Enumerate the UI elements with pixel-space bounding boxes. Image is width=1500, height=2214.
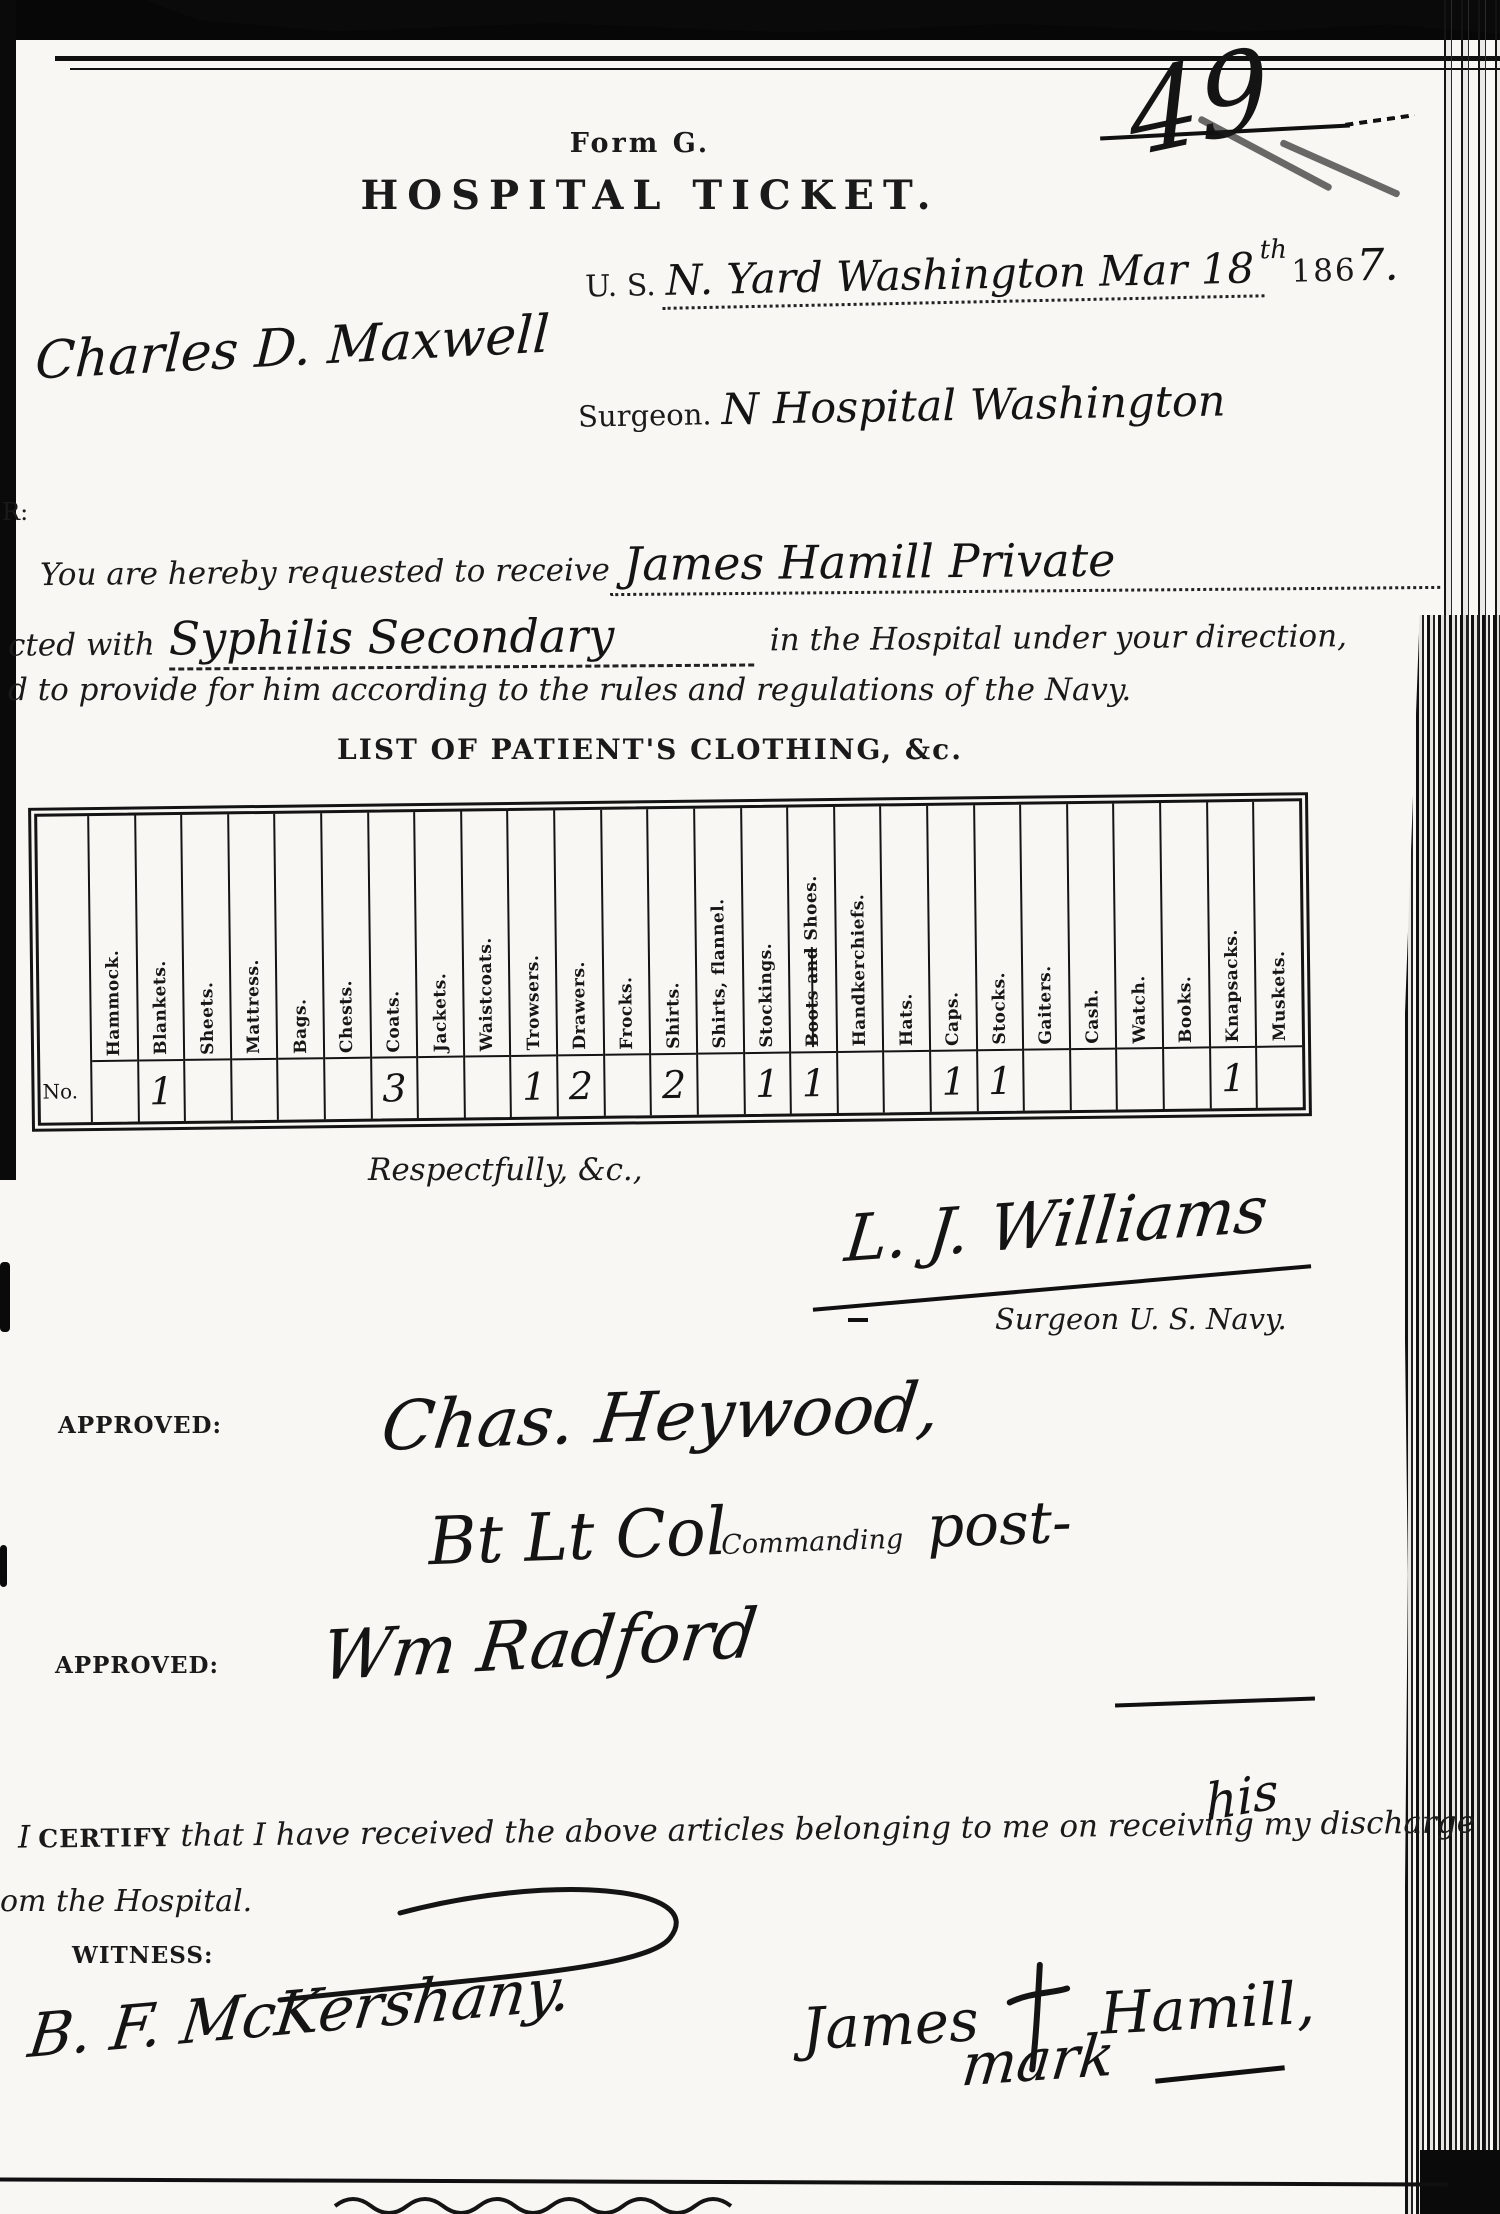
column-value: 1 (931, 1051, 976, 1112)
table-column-hammock: Hammock. (87, 816, 137, 1123)
handwritten-patient-name: James Hamill Private (610, 530, 1441, 596)
column-header: Mattress. (229, 814, 277, 1061)
column-header: Boots and Shoes. (788, 807, 836, 1054)
hospital-clause: in the Hospital under your direction, (770, 618, 1347, 658)
column-label: Trowsers. (523, 955, 544, 1051)
table-column-stockings: Stockings.1 (740, 808, 790, 1115)
column-label: Hats. (896, 993, 917, 1046)
column-label: Shirts. (663, 982, 684, 1049)
column-header: Trowsers. (509, 810, 557, 1057)
table-column-hats: Hats. (879, 806, 929, 1113)
column-header: Stockings. (742, 808, 790, 1055)
column-value (698, 1054, 743, 1115)
column-label: Cash. (1082, 989, 1103, 1044)
column-header: Hammock. (89, 816, 137, 1063)
column-header: Hats. (881, 806, 929, 1053)
column-header: Muskets. (1254, 801, 1302, 1048)
column-header: Shirts, flannel. (695, 808, 743, 1055)
column-label: Boots and Shoes. (801, 875, 823, 1047)
disease-line: cted with Syphilis Secondary in the Hosp… (8, 603, 1347, 671)
provide-clause: d to provide for him according to the ru… (8, 672, 1131, 708)
table-column-stocks: Stocks.1 (973, 805, 1023, 1112)
column-header: Chests. (322, 813, 370, 1060)
page-top-rule (55, 56, 1500, 61)
column-label: Shirts, flannel. (708, 898, 730, 1048)
handwritten-disease: Syphilis Secondary (169, 607, 754, 670)
table-column-caps: Caps.1 (926, 805, 976, 1112)
approved-label-2: APPROVED: (55, 1652, 219, 1679)
column-label: Books. (1176, 975, 1197, 1043)
certify-lead-i: I (18, 1820, 31, 1856)
table-column-waistcoats: Waistcoats. (460, 811, 510, 1118)
table-column-mattress: Mattress. (227, 814, 277, 1121)
handwritten-year-digit: 7. (1356, 239, 1399, 291)
column-header: Drawers. (555, 810, 603, 1057)
column-label: Knapsacks. (1222, 929, 1243, 1042)
column-header: Bags. (276, 813, 324, 1060)
column-label: Chests. (337, 980, 358, 1053)
column-label: Coats. (383, 990, 404, 1052)
table-column-frocks: Frocks. (600, 809, 650, 1116)
handwritten-rank: Bt Lt Col (427, 1493, 728, 1580)
respectfully-text: Respectfully, &c., (368, 1152, 643, 1188)
table-column-jackets: Jackets. (413, 812, 463, 1119)
page-top-rule-2 (70, 68, 1500, 70)
surgeon-label: Surgeon. (578, 397, 712, 433)
column-value (325, 1059, 370, 1120)
column-value: 2 (558, 1056, 603, 1117)
table-column-coats: Coats.3 (367, 812, 417, 1119)
column-label: Waistcoats. (476, 937, 497, 1051)
column-label: Stocks. (989, 972, 1010, 1045)
table-column-boots-and-shoes: Boots and Shoes.1 (786, 807, 836, 1114)
table-column-drawers: Drawers.2 (553, 810, 603, 1117)
scan-edge-left (0, 0, 16, 1180)
column-header: Frocks. (602, 809, 650, 1056)
column-value (884, 1052, 929, 1113)
form-label: Form G. (440, 128, 840, 159)
approved-label-1: APPROVED: (58, 1412, 222, 1439)
column-value (1257, 1047, 1302, 1108)
column-value (1164, 1048, 1209, 1109)
column-header: Caps. (928, 805, 976, 1052)
request-line: You are hereby requested to receive Jame… (40, 530, 1440, 601)
scan-edge-top (145, 0, 1500, 34)
table-column-trowsers: Trowsers.1 (507, 810, 557, 1117)
from-hospital-fragment: om the Hospital. (0, 1884, 252, 1919)
column-header: Waistcoats. (462, 811, 510, 1058)
column-label: Drawers. (569, 961, 590, 1050)
column-value (1071, 1050, 1116, 1111)
table-column-cash: Cash. (1066, 804, 1116, 1111)
mark-word: mark (959, 2020, 1118, 2099)
column-header: Blankets. (136, 815, 184, 1062)
recipient-first-name: James (800, 1986, 980, 2063)
column-label: Jackets. (430, 972, 451, 1052)
column-value (1118, 1049, 1163, 1110)
column-value (838, 1052, 883, 1113)
column-value (92, 1062, 137, 1123)
surgeon-navy-title: Surgeon U. S. Navy. (995, 1302, 1287, 1336)
column-value: 1 (1211, 1048, 1256, 1109)
column-label: Blankets. (150, 960, 171, 1055)
table-column-knapsacks: Knapsacks.1 (1206, 802, 1256, 1109)
table-column-muskets: Muskets. (1252, 801, 1302, 1108)
scanned-document: 49 Form G. HOSPITAL TICKET. U. S. N. Yar… (0, 0, 1500, 2214)
column-value (605, 1055, 650, 1116)
table-column-watch: Watch. (1113, 803, 1163, 1110)
column-value: 1 (978, 1051, 1023, 1112)
column-value: 1 (791, 1053, 836, 1114)
column-value: 1 (512, 1056, 557, 1117)
column-value: 1 (745, 1054, 790, 1115)
us-prefix: U. S. (585, 268, 656, 304)
table-column-chests: Chests. (320, 813, 370, 1120)
signature-dash (848, 1318, 868, 1322)
table-column-books: Books. (1159, 802, 1209, 1109)
column-label: Caps. (943, 991, 964, 1046)
book-binding-streaks-lower (1402, 615, 1500, 2214)
column-value (418, 1058, 463, 1119)
column-label: Mattress. (243, 959, 264, 1054)
handwritten-hospital-location: N Hospital Washington (721, 376, 1226, 435)
column-value: 2 (651, 1055, 696, 1116)
salutation-fragment: R: (2, 498, 28, 526)
scan-mark-left (0, 1262, 10, 1332)
table-column-sheets: Sheets. (180, 814, 230, 1121)
column-label: Bags. (290, 998, 311, 1054)
column-header: Watch. (1115, 803, 1163, 1050)
clothing-table-title: LIST OF PATIENT'S CLOTHING, &c. (250, 733, 1050, 766)
column-header: Sheets. (182, 814, 230, 1061)
column-label: Frocks. (616, 976, 637, 1049)
struck-text: Boots and (802, 947, 823, 1047)
certify-word: CERTIFY (38, 1823, 170, 1853)
column-header: Jackets. (415, 812, 463, 1059)
stub-header (37, 816, 90, 1061)
column-label: Gaiters. (1036, 965, 1057, 1044)
recipient-last-name: Hamill, (1099, 1969, 1317, 2048)
table-column-handkerchiefs: Handkerchiefs. (833, 806, 883, 1113)
cut-off-handwriting (330, 2194, 790, 2214)
scan-mark-left-2 (0, 1545, 7, 1587)
column-value (465, 1057, 510, 1118)
column-header: Stocks. (975, 805, 1023, 1052)
column-label: Watch. (1129, 975, 1150, 1043)
column-label: Hammock. (103, 949, 124, 1056)
column-header: Knapsacks. (1208, 802, 1256, 1049)
column-label: Sheets. (197, 981, 218, 1054)
column-value (185, 1060, 230, 1121)
table-column-gaiters: Gaiters. (1019, 804, 1069, 1111)
date-superscript: th (1259, 235, 1287, 266)
column-header: Books. (1161, 802, 1209, 1049)
printed-year: 186 (1291, 252, 1357, 289)
table-row-label-cell: No. (37, 816, 91, 1123)
column-header: Shirts. (648, 809, 696, 1056)
table-column-shirts-flannel: Shirts, flannel. (693, 808, 743, 1115)
column-header: Gaiters. (1021, 804, 1069, 1051)
column-value: 3 (372, 1058, 417, 1119)
row-label: No. (40, 1060, 91, 1123)
document-title: HOSPITAL TICKET. (330, 172, 970, 219)
table-column-bags: Bags. (274, 813, 324, 1120)
column-label: Handkerchiefs. (848, 894, 870, 1047)
witness-label: WITNESS: (72, 1942, 213, 1969)
column-header: Coats. (369, 812, 417, 1059)
column-value (232, 1060, 277, 1121)
column-label-rest: Shoes. (801, 875, 822, 941)
column-header: Cash. (1068, 804, 1116, 1051)
request-lead-text: You are hereby requested to receive (40, 552, 610, 593)
column-label: Stockings. (756, 943, 777, 1048)
affected-with-fragment: cted with (8, 627, 155, 664)
column-value (279, 1059, 324, 1120)
table-column-blankets: Blankets.1 (134, 815, 184, 1122)
column-header: Handkerchiefs. (835, 806, 883, 1053)
commanding-label: Commanding (721, 1524, 904, 1561)
table-column-shirts: Shirts.2 (646, 809, 696, 1116)
clothing-table: No. Hammock. Blankets.1 Sheets. Mattress… (34, 798, 1306, 1125)
handwritten-post: post- (926, 1488, 1073, 1561)
column-value (1024, 1050, 1069, 1111)
column-value: 1 (139, 1061, 184, 1122)
column-label: Muskets. (1268, 951, 1289, 1042)
